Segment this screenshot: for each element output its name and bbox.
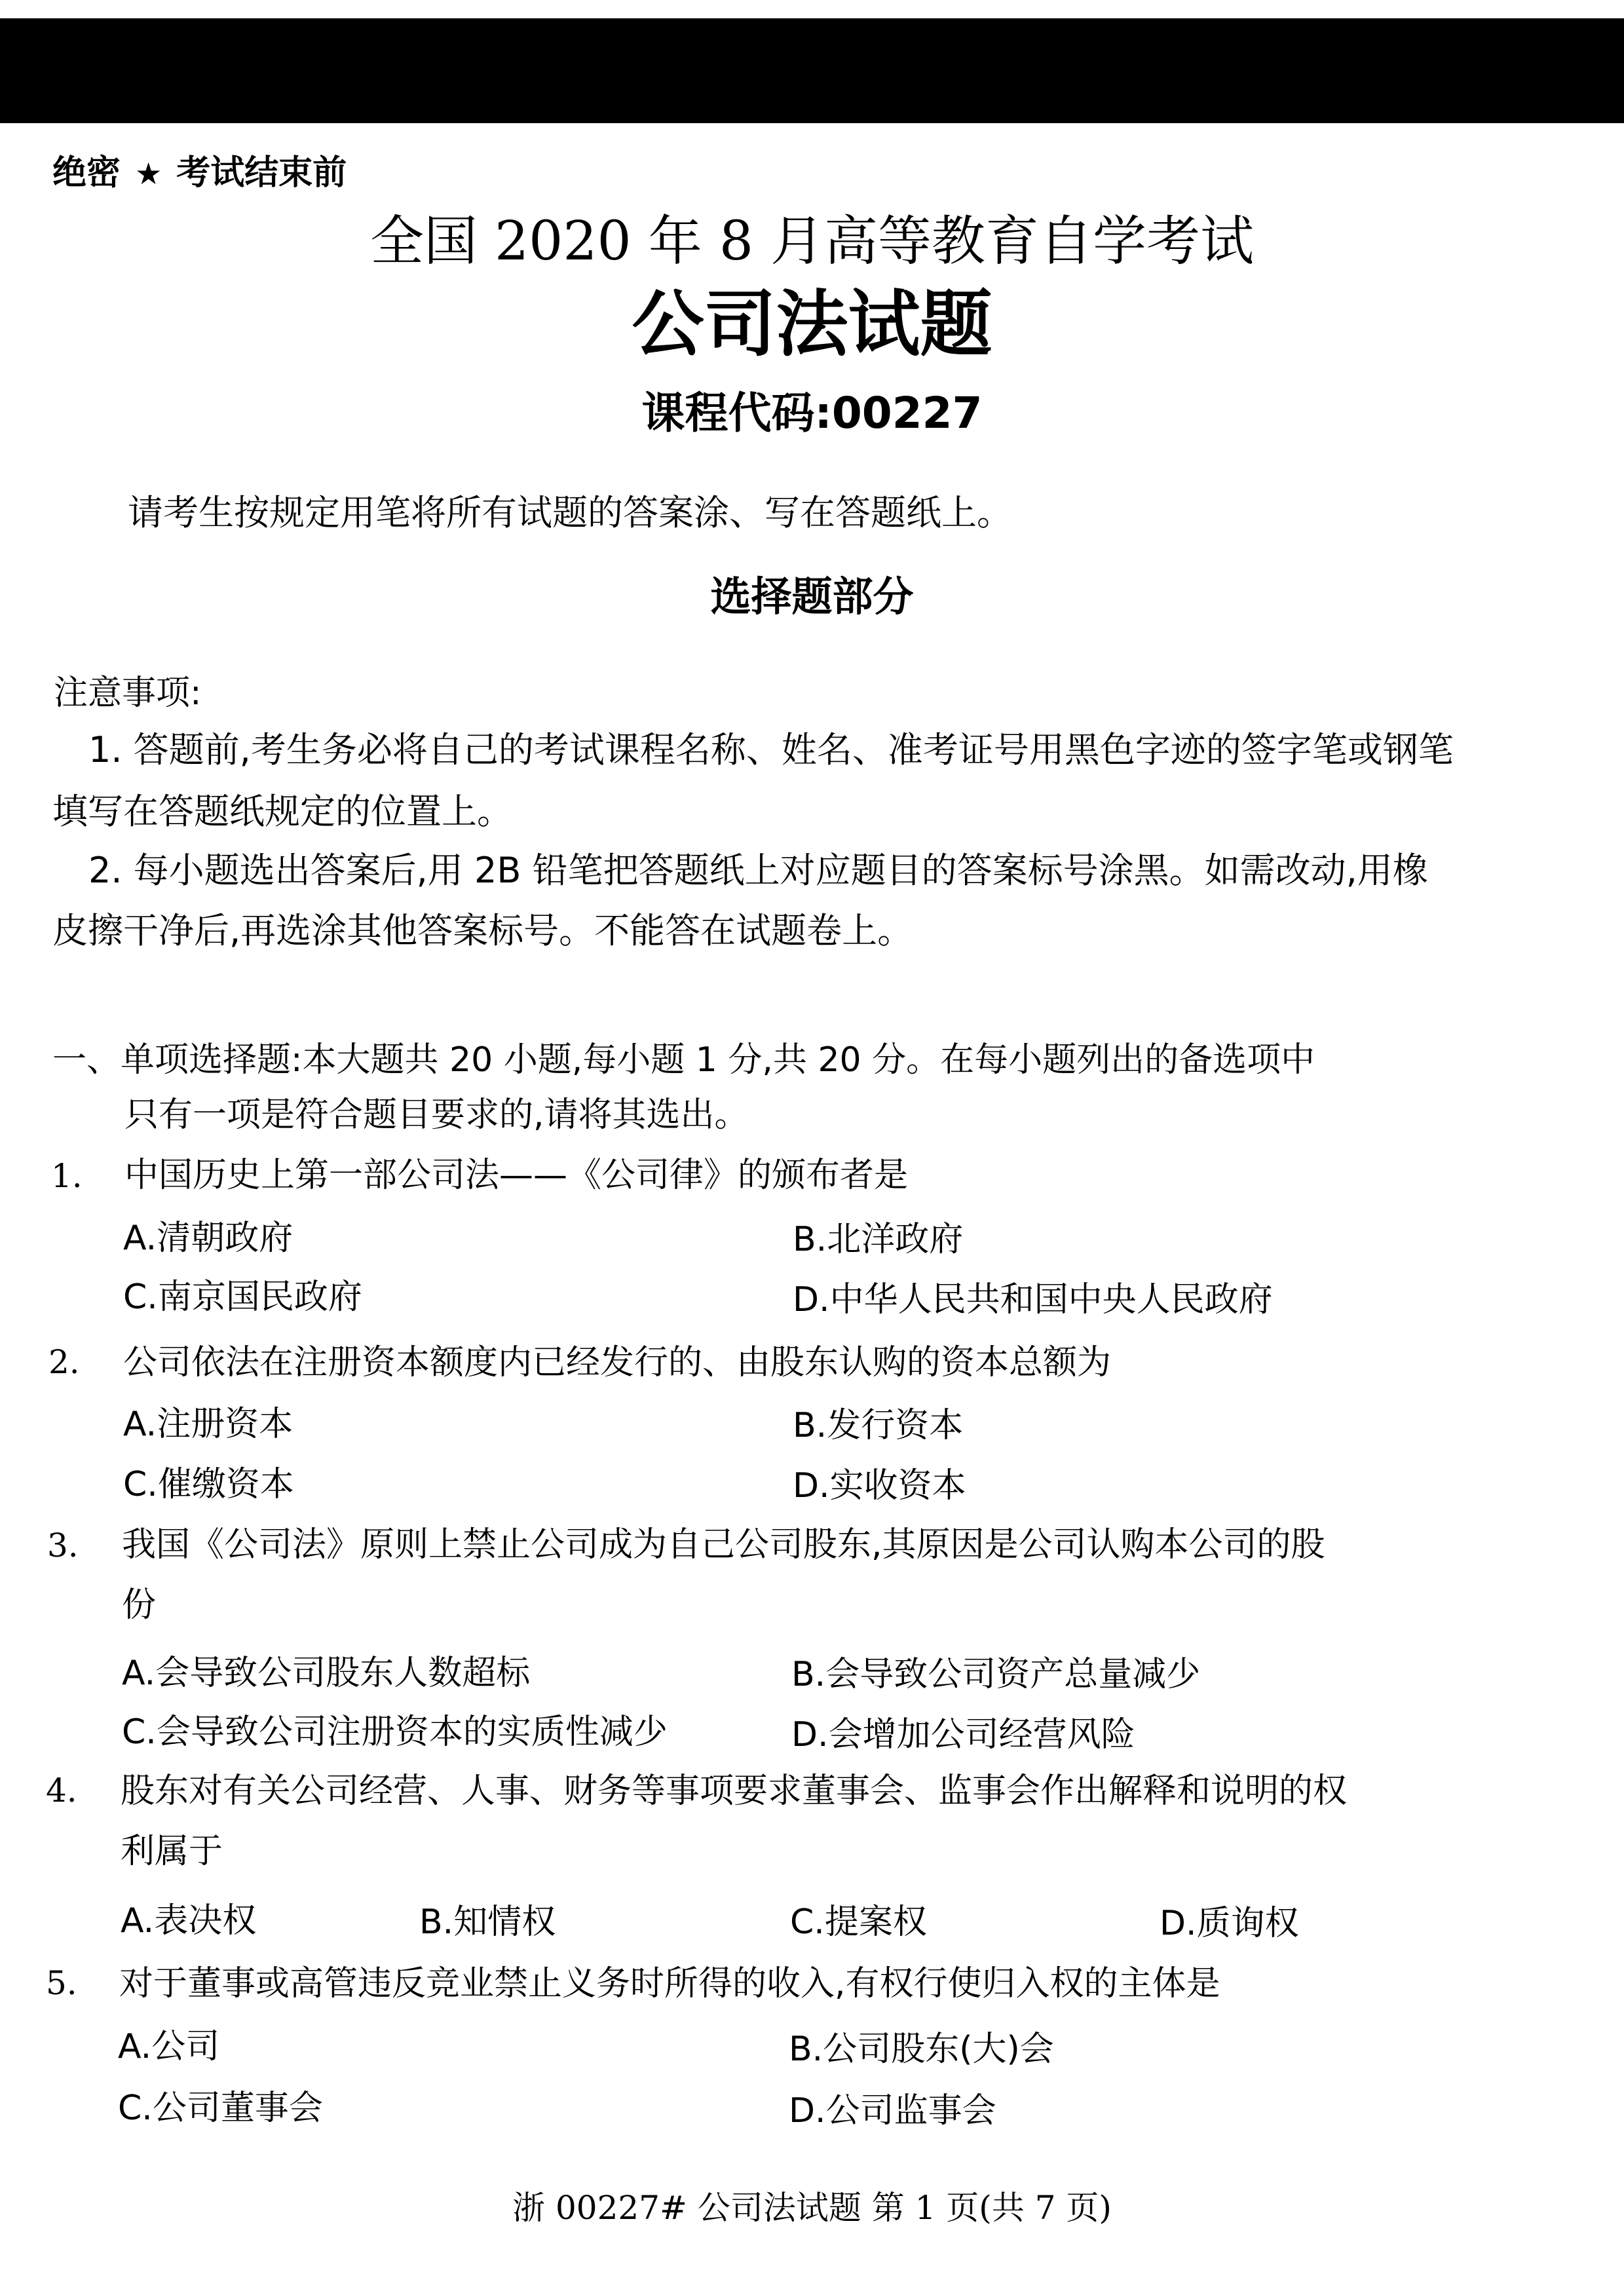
question-3-text-line-1: 我国《公司法》原则上禁止公司成为自己公司股东,其原因是公司认购本公司的股: [122, 1528, 1325, 1562]
question-2-option-d[interactable]: D.实收资本: [793, 1469, 966, 1503]
subject-title: 公司法试题: [0, 288, 1624, 360]
question-4-text-line-1: 股东对有关公司经营、人事、财务等事项要求董事会、监事会作出解释和说明的权: [121, 1774, 1347, 1808]
question-2-option-c[interactable]: C.催缴资本: [123, 1468, 294, 1502]
section-heading-line-1: 一、单项选择题:本大题共 20 小题,每小题 1 分,共 20 分。在每小题列出…: [52, 1043, 1315, 1077]
confidential-label: 绝密★考试结束前: [52, 156, 347, 190]
question-2-number: 2.: [48, 1346, 80, 1378]
redaction-band: [0, 18, 1624, 123]
question-3-option-d[interactable]: D.会增加公司经营风险: [791, 1718, 1135, 1752]
question-5-option-b[interactable]: B.公司股东(大)会: [789, 2032, 1054, 2066]
question-5-text: 对于董事或高管违反竞业禁止义务时所得的收入,有权行使归入权的主体是: [119, 1967, 1220, 2001]
question-1-number: 1.: [51, 1160, 83, 1192]
question-3-option-c[interactable]: C.会导致公司注册资本的实质性减少: [122, 1715, 668, 1749]
course-code: 课程代码:00227: [0, 392, 1624, 435]
question-5-option-a[interactable]: A.公司: [118, 2030, 219, 2064]
question-2-text: 公司依法在注册资本额度内已经发行的、由股东认购的资本总额为: [123, 1346, 1111, 1380]
question-2-option-b[interactable]: B.发行资本: [793, 1409, 963, 1443]
question-3-option-a[interactable]: A.会导致公司股东人数超标: [122, 1656, 530, 1690]
section-heading-line-2: 只有一项是符合题目要求的,请将其选出。: [124, 1098, 749, 1132]
confidential-right: 考试结束前: [176, 153, 347, 193]
question-4-option-b[interactable]: B.知情权: [419, 1905, 556, 1939]
confidential-left: 绝密: [52, 153, 121, 193]
question-5-option-d[interactable]: D.公司监事会: [789, 2094, 996, 2128]
question-1-option-d[interactable]: D.中华人民共和国中央人民政府: [793, 1283, 1273, 1317]
question-4-number: 4.: [46, 1774, 77, 1807]
question-1-option-b[interactable]: B.北洋政府: [793, 1222, 963, 1257]
notes-heading: 注意事项:: [54, 676, 202, 710]
question-5-number: 5.: [46, 1967, 77, 1999]
question-4-option-a[interactable]: A.表决权: [121, 1904, 256, 1938]
question-3-number: 3.: [47, 1529, 79, 1562]
question-1-text: 中国历史上第一部公司法——《公司律》的颁布者是: [124, 1158, 908, 1192]
note-2-line-1: 2. 每小题选出答案后,用 2B 铅笔把答题纸上对应题目的答案标号涂黑。如需改动…: [88, 853, 1428, 888]
question-3-option-b[interactable]: B.会导致公司资产总量减少: [791, 1658, 1200, 1692]
exam-title: 全国 2020 年 8 月高等教育自学考试: [0, 215, 1624, 269]
note-2-line-2: 皮擦干净后,再选涂其他答案标号。不能答在试题卷上。: [52, 913, 913, 949]
question-4-text-line-2: 利属于: [121, 1834, 223, 1868]
instruction-text: 请考生按规定用笔将所有试题的答案涂、写在答题纸上。: [128, 495, 1012, 531]
note-1-line-1: 1. 答题前,考生务必将自己的考试课程名称、姓名、准考证号用黑色字迹的签字笔或钢…: [88, 732, 1454, 768]
star-icon: ★: [135, 156, 162, 191]
question-5-option-c[interactable]: C.公司董事会: [118, 2091, 323, 2125]
page-footer: 浙 00227# 公司法试题 第 1 页(共 7 页): [0, 2191, 1624, 2224]
question-4-option-d[interactable]: D.质询权: [1160, 1906, 1299, 1941]
note-1-line-2: 填写在答题纸规定的位置上。: [52, 794, 512, 829]
question-1-option-c[interactable]: C.南京国民政府: [123, 1280, 362, 1314]
question-4-option-c[interactable]: C.提案权: [790, 1905, 927, 1939]
question-1-option-a[interactable]: A.清朝政府: [123, 1221, 293, 1255]
part-title: 选择题部分: [0, 577, 1624, 617]
question-3-text-line-2: 份: [122, 1588, 156, 1622]
question-2-option-a[interactable]: A.注册资本: [123, 1407, 293, 1441]
